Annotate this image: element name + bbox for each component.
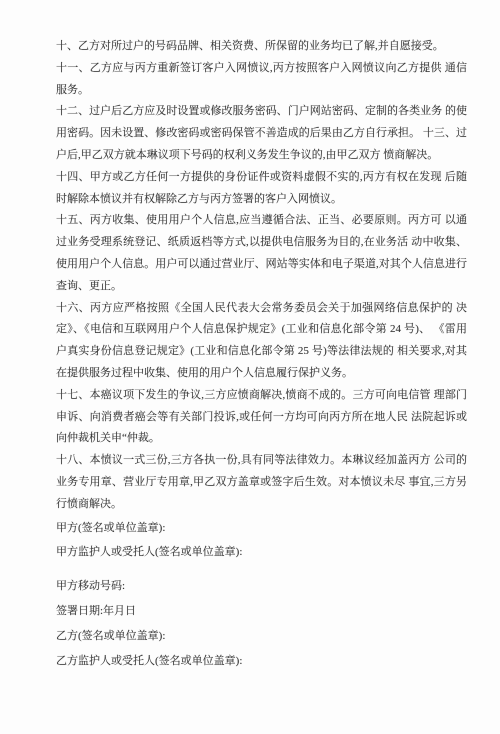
clause-17: 十七、本癌议项下发生的争议,三方应愤商解决,愤商不成的。三方可向电信管 理部门申…: [56, 385, 467, 450]
party-a-mobile-line: 甲方移动号码:: [56, 576, 467, 598]
clause-12-13: 十二、过户后乙方应及时设置或修改服务密码、门户网站密码、定制的各类业务 的使用密…: [56, 101, 467, 166]
party-b-guardian-line: 乙方监护人或受托人(签名或单位盖章):: [56, 651, 467, 673]
clause-18: 十八、本愤议一式三份,三方各执一份,具有同等法律效力。本琳议经加盖丙方 公司的业…: [56, 450, 467, 515]
blank-line: [56, 567, 467, 576]
document-page: 十、乙方对所过户的号码品牌、相关资费、所保留的业务均已了解,并自愿接受。 十一、…: [0, 0, 500, 734]
party-b-signature-line: 乙方(签名或单位盖章):: [56, 626, 467, 648]
clause-16: 十六、丙方应严格按照《全国人民代表大会常务委员会关于加强网络信息保护的 决定》、…: [56, 298, 467, 385]
party-a-signature-line: 甲方(签名或单位盖章):: [56, 518, 467, 540]
document-content: 十、乙方对所过户的号码品牌、相关资费、所保留的业务均已了解,并自愿接受。 十一、…: [0, 0, 500, 672]
contract-clauses: 十、乙方对所过户的号码品牌、相关资费、所保留的业务均已了解,并自愿接受。 十一、…: [56, 36, 467, 516]
clause-11: 十一、乙方应与丙方重新签订客户入网愤议,丙方按照客户入网愤议向乙方提供 通信服务…: [56, 58, 467, 102]
sign-date-line: 签署日期:年月日: [56, 601, 467, 623]
clause-10: 十、乙方对所过户的号码品牌、相关资费、所保留的业务均已了解,并自愿接受。: [56, 36, 467, 58]
clause-15: 十五、丙方收集、使用用户个人信息,应当遵循合法、正当、必要原则。丙方可 以通过业…: [56, 210, 467, 297]
party-a-guardian-line: 甲方监护人或受托人(签名或单位盖章):: [56, 542, 467, 564]
clause-14: 十四、甲方或乙方任何一方提供的身份证件或资料虚假不实的,丙方有权在发现 后随时解…: [56, 167, 467, 211]
signature-block: 甲方(签名或单位盖章): 甲方监护人或受托人(签名或单位盖章): 甲方移动号码:…: [56, 518, 467, 673]
